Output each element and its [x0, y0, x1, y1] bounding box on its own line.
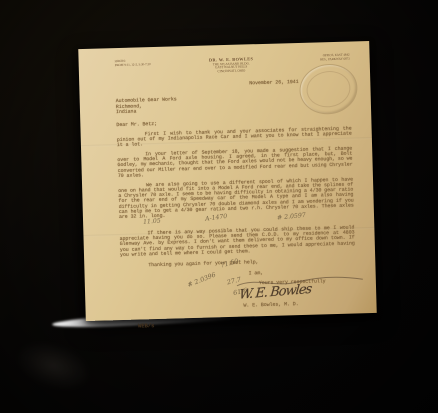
recipient-address: Automobile Gear Works Richmond, Indiana: [116, 93, 351, 116]
paragraph-2: In your letter of September 18, you made…: [117, 146, 353, 179]
pencil-note: # 2.0597: [277, 212, 306, 222]
letterhead-hours-detail: FROM 9-11, 12-2, 5:30-7:30: [115, 62, 193, 68]
photo-background: HOURS: FROM 9-11, 12-2, 5:30-7:30 DR. W.…: [0, 0, 438, 413]
letterhead-address-line: CINCINNATI, OHIO: [193, 69, 270, 75]
letterhead: HOURS: FROM 9-11, 12-2, 5:30-7:30 DR. W.…: [115, 54, 350, 78]
letterhead-phones-block: OFFICE, EAST 4842 RES., PARKWAY 6873: [270, 54, 350, 64]
letterhead-hours-block: HOURS: FROM 9-11, 12-2, 5:30-7:30: [115, 58, 193, 68]
letter-paper: HOURS: FROM 9-11, 12-2, 5:30-7:30 DR. W.…: [78, 41, 376, 321]
paragraph-1: First I wish to thank you and your assoc…: [117, 126, 352, 148]
letter-date: November 26, 1941: [249, 78, 350, 87]
letterhead-name-block: DR. W. E. BOWLES THE ATLAS BANK BLDG. EA…: [193, 56, 270, 75]
letterhead-residence-phone: RES., PARKWAY 6873: [270, 57, 350, 63]
pencil-note: 11.05: [143, 218, 161, 226]
pencil-note: A-1470: [205, 213, 228, 223]
background-shadow-shape: [9, 333, 97, 399]
letter-body: First I wish to thank you and your assoc…: [117, 126, 354, 220]
letter-body-continued: If there is any way possible that you co…: [119, 225, 355, 258]
reference-initials: WEB/s: [138, 316, 357, 329]
paragraph-4: If there is any way possible that you co…: [119, 225, 355, 258]
